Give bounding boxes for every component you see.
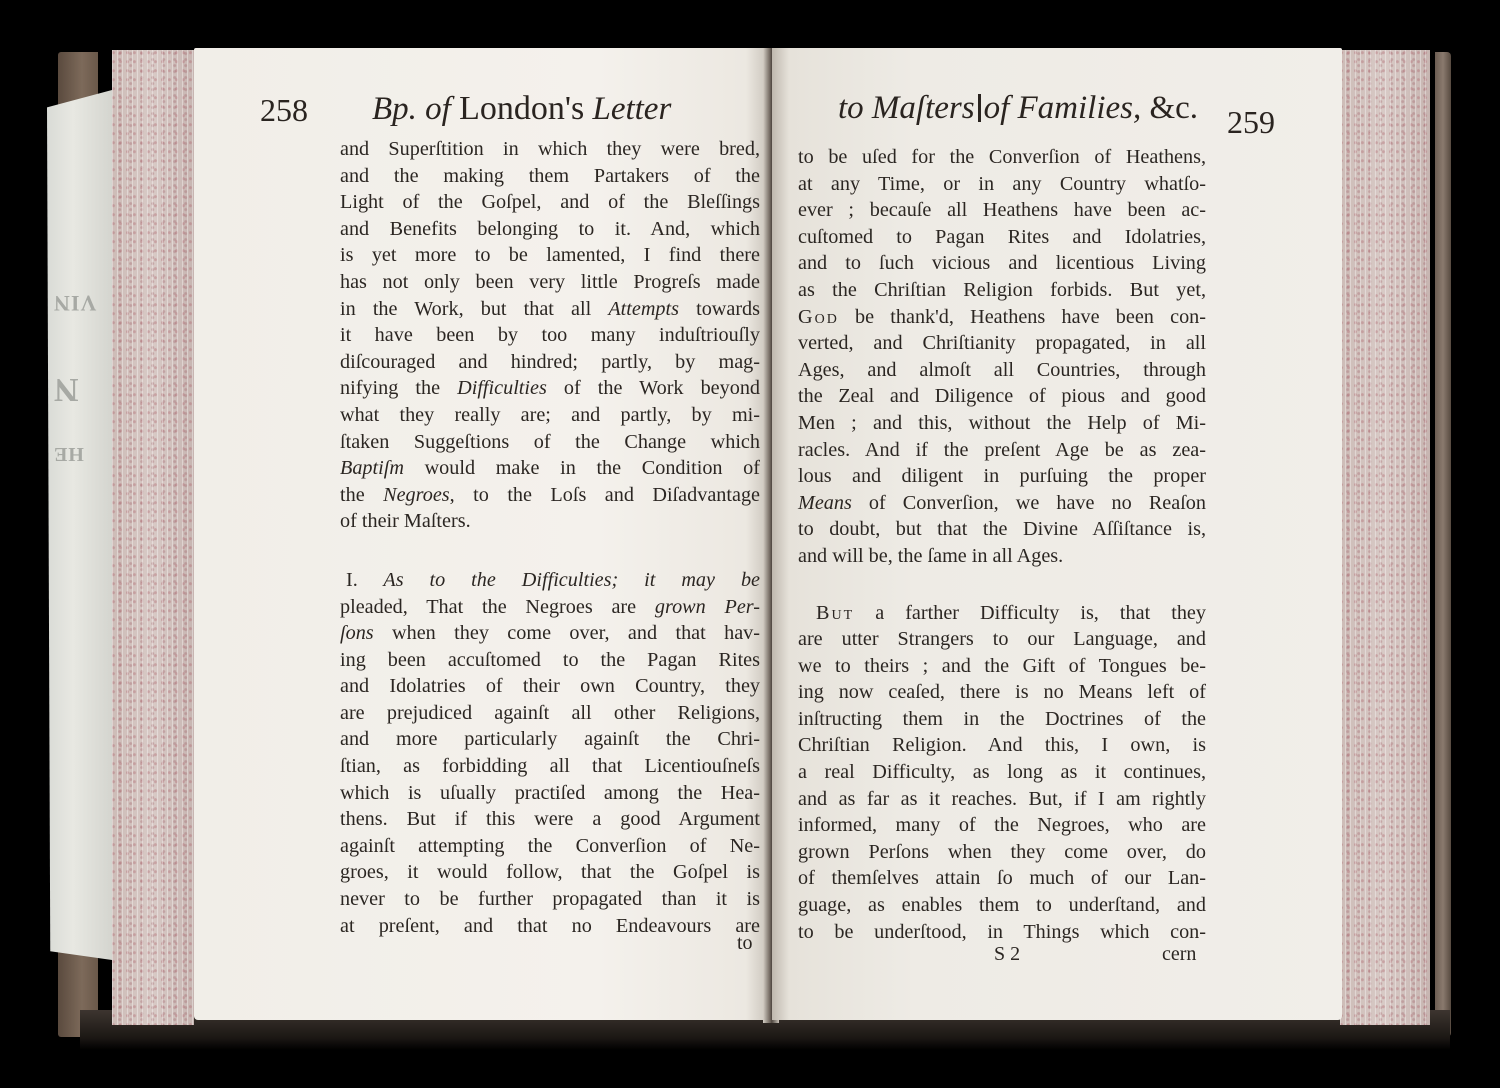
text-run: and more particularly againſt the Chri- xyxy=(340,728,760,750)
text-run: be thank'd, Heathens have been con- xyxy=(839,306,1206,328)
text-run: I. xyxy=(346,569,358,591)
flap-mark: N xyxy=(53,370,79,408)
text-line: at any Time, or in any Country whatſo- xyxy=(798,171,1206,198)
text-line: Ages, and almoſt all Countries, through xyxy=(798,357,1206,384)
text-line: Baptiſm would make in the Condition of xyxy=(340,455,760,482)
emphasis-text: Baptiſm xyxy=(340,457,404,479)
text-run: which is uſually practiſed among the Hea… xyxy=(340,782,760,804)
emphasis-text: ſons xyxy=(340,622,374,644)
text-line: Means of Converſion, we have no Reaſon xyxy=(798,490,1206,517)
text-line: and to ſuch vicious and licentious Livin… xyxy=(798,250,1206,277)
signature-mark: S 2 xyxy=(994,943,1020,966)
text-run: and Superſtition in which they were bred… xyxy=(340,138,760,160)
text-run: to be uſed for the Converſion of Heathen… xyxy=(798,146,1206,168)
text-line: nifying the Difficulties of the Work bey… xyxy=(340,375,760,402)
text-line: diſcouraged and hindred; partly, by mag- xyxy=(340,349,760,376)
paragraph-gap xyxy=(798,570,1206,600)
text-line: God be thank'd, Heathens have been con- xyxy=(798,304,1206,331)
text-run: when they come over, and that hav- xyxy=(374,622,760,644)
text-line: guage, as enables them to underſtand, an… xyxy=(798,892,1206,919)
text-run: Men ; and this, without the Help of Mi- xyxy=(798,412,1206,434)
text-line: and more particularly againſt the Chri- xyxy=(340,726,760,753)
text-line: and as far as it reaches. But, if I am r… xyxy=(798,786,1206,813)
text-run: a farther Difficulty is, that they xyxy=(854,602,1206,624)
text-line: never to be further propagated than it i… xyxy=(340,886,760,913)
text-line: as the Chriſtian Religion forbids. But y… xyxy=(798,277,1206,304)
running-head: to Maſtersof Families, &c. xyxy=(838,90,1198,127)
running-head-part: to Maſters xyxy=(838,90,975,126)
text-line: ing been accuſtomed to the Pagan Rites xyxy=(340,647,760,674)
text-run: lous and diligent in purſuing the proper xyxy=(798,465,1206,487)
text-run: informed, many of the Negroes, who are xyxy=(798,814,1206,836)
left-page: 258 Bp. of London's Letter and Superſtit… xyxy=(194,48,769,1020)
text-line: I. As to the Difficulties; it may be xyxy=(340,567,760,594)
running-head-part: of Families, xyxy=(984,90,1142,126)
text-run: a real Difficulty, as long as it continu… xyxy=(798,761,1206,783)
text-run: never to be further propagated than it i… xyxy=(340,888,760,910)
running-head-part: &c. xyxy=(1149,90,1198,126)
flap-mark: VIN xyxy=(53,290,96,316)
text-run: towards xyxy=(679,298,760,320)
text-line: and Idolatries of their own Country, the… xyxy=(340,673,760,700)
page-edges-right xyxy=(1340,50,1430,1025)
text-line: to be underſtood, in Things which con- xyxy=(798,919,1206,946)
text-line: at preſent, and that no Endeavours are xyxy=(340,913,760,940)
text-line: a real Difficulty, as long as it continu… xyxy=(798,759,1206,786)
text-line: racles. And if the preſent Age be as zea… xyxy=(798,437,1206,464)
text-run: it have been by too many induſtriouſly xyxy=(340,324,760,346)
text-run: inſtructing them in the Doctrines of the xyxy=(798,708,1206,730)
text-run: are prejudiced againſt all other Religio… xyxy=(340,702,760,724)
text-line: the Zeal and Diligence of pious and good xyxy=(798,383,1206,410)
body-text: and Superſtition in which they were bred… xyxy=(340,136,760,939)
flap-mark: HE xyxy=(53,442,84,465)
catchword: cern xyxy=(1162,943,1196,966)
text-run: as the Chriſtian Religion forbids. But y… xyxy=(798,279,1206,301)
text-run: racles. And if the preſent Age be as zea… xyxy=(798,439,1206,461)
text-line: to doubt, but that the Divine Aſſiſtance… xyxy=(798,516,1206,543)
text-run: grown Perſons when they come over, do xyxy=(798,841,1206,863)
text-run: in the Work, but that all xyxy=(340,298,608,320)
text-run: what they really are; and partly, by mi- xyxy=(340,404,760,426)
text-run: of themſelves attain ſo much of our Lan- xyxy=(798,867,1206,889)
text-run: cuſtomed to Pagan Rites and Idolatries, xyxy=(798,226,1206,248)
text-run: ſtaken Suggeſtions of the Change which xyxy=(340,431,760,453)
text-run: , to the Loſs and Diſadvantage xyxy=(450,484,760,506)
text-run: and will be, the ſame in all Ages. xyxy=(798,545,1063,567)
running-head-part: Letter xyxy=(592,91,671,127)
text-line: what they really are; and partly, by mi- xyxy=(340,402,760,429)
text-line: has not only been very little Progreſs m… xyxy=(340,269,760,296)
right-page: to Maſtersof Families, &c. 259 to be uſe… xyxy=(772,48,1342,1020)
catchword: to xyxy=(737,932,753,955)
paragraph-gap xyxy=(340,535,760,567)
text-line: is yet more to be lamented, I find there xyxy=(340,242,760,269)
text-run: at any Time, or in any Country whatſo- xyxy=(798,173,1206,195)
text-run: and to ſuch vicious and licentious Livin… xyxy=(798,252,1206,274)
text-line: thens. But if this were a good Argument xyxy=(340,806,760,833)
text-run: is yet more to be lamented, I find there xyxy=(340,244,760,266)
text-line: verted, and Chriſtianity propagated, in … xyxy=(798,330,1206,357)
emphasis-text: Means xyxy=(798,492,852,514)
emphasis-text: As to the Difficulties; it may be xyxy=(358,569,760,591)
text-run: diſcouraged and hindred; partly, by mag- xyxy=(340,351,760,373)
text-run: and as far as it reaches. But, if I am r… xyxy=(798,788,1206,810)
text-line: of themſelves attain ſo much of our Lan- xyxy=(798,865,1206,892)
text-run: guage, as enables them to underſtand, an… xyxy=(798,894,1206,916)
text-run: of the Work beyond xyxy=(547,377,760,399)
text-run: we to theirs ; and the Gift of Tongues b… xyxy=(798,655,1206,677)
text-run: ing been accuſtomed to the Pagan Rites xyxy=(340,649,760,671)
text-line: Light of the Goſpel, and of the Bleſſing… xyxy=(340,189,760,216)
text-run: would make in the Condition of xyxy=(404,457,760,479)
text-line: ſtian, as forbidding all that Licentiouſ… xyxy=(340,753,760,780)
text-run: are utter Strangers to our Language, and xyxy=(798,628,1206,650)
text-run: to be underſtood, in Things which con- xyxy=(798,921,1206,943)
text-line: of their Maſters. xyxy=(340,508,760,535)
text-run: Light of the Goſpel, and of the Bleſſing… xyxy=(340,191,760,213)
page-number: 259 xyxy=(1227,104,1275,141)
text-run: pleaded, That the Negroes are xyxy=(340,596,655,618)
text-line: Chriſtian Religion. And this, I own, is xyxy=(798,732,1206,759)
text-line: lous and diligent in purſuing the proper xyxy=(798,463,1206,490)
running-head-part: London's xyxy=(459,90,584,127)
text-line: But a farther Difficulty is, that they xyxy=(798,600,1206,627)
text-run: the xyxy=(340,484,383,506)
text-line: the Negroes, to the Loſs and Diſadvantag… xyxy=(340,482,760,509)
text-run: and Idolatries of their own Country, the… xyxy=(340,675,760,697)
emphasis-text: Difficulties xyxy=(457,377,547,399)
text-line: ſons when they come over, and that hav- xyxy=(340,620,760,647)
text-line: which is uſually practiſed among the Hea… xyxy=(340,780,760,807)
text-line: and Benefits belonging to it. And, which xyxy=(340,216,760,243)
text-line: inſtructing them in the Doctrines of the xyxy=(798,706,1206,733)
text-line: ever ; becauſe all Heathens have been ac… xyxy=(798,197,1206,224)
folded-paper-flap: VIN N HE xyxy=(47,90,112,960)
text-run: ever ; becauſe all Heathens have been ac… xyxy=(798,199,1206,221)
emphasis-text: But xyxy=(816,602,854,624)
text-run: Chriſtian Religion. And this, I own, is xyxy=(798,734,1206,756)
emphasis-text: God xyxy=(798,306,839,328)
text-line: Men ; and this, without the Help of Mi- xyxy=(798,410,1206,437)
text-run: has not only been very little Progreſs m… xyxy=(340,271,760,293)
text-line: informed, many of the Negroes, who are xyxy=(798,812,1206,839)
text-run: at preſent, and that no Endeavours are xyxy=(340,915,760,937)
text-run: ing now ceaſed, there is no Means left o… xyxy=(798,681,1206,703)
text-run: and Benefits belonging to it. And, which xyxy=(340,218,760,240)
emphasis-text: Attempts xyxy=(608,298,679,320)
text-run: nifying the xyxy=(340,377,457,399)
text-run: groes, it would follow, that the Goſpel … xyxy=(340,861,760,883)
text-line: we to theirs ; and the Gift of Tongues b… xyxy=(798,653,1206,680)
page-edges-left xyxy=(112,50,194,1025)
text-line: ing now ceaſed, there is no Means left o… xyxy=(798,679,1206,706)
text-run: againſt attempting the Converſion of Ne- xyxy=(340,835,760,857)
text-line: cuſtomed to Pagan Rites and Idolatries, xyxy=(798,224,1206,251)
text-line: in the Work, but that all Attempts towar… xyxy=(340,296,760,323)
text-run: of their Maſters. xyxy=(340,510,471,532)
text-run: Ages, and almoſt all Countries, through xyxy=(798,359,1206,381)
text-line: and Superſtition in which they were bred… xyxy=(340,136,760,163)
text-line: pleaded, That the Negroes are grown Per- xyxy=(340,594,760,621)
text-line: groes, it would follow, that the Goſpel … xyxy=(340,859,760,886)
text-line: are prejudiced againſt all other Religio… xyxy=(340,700,760,727)
text-run: to doubt, but that the Divine Aſſiſtance… xyxy=(798,518,1206,540)
text-line: it have been by too many induſtriouſly xyxy=(340,322,760,349)
book-cover-right xyxy=(1435,52,1451,1037)
text-line: againſt attempting the Converſion of Ne- xyxy=(340,833,760,860)
emphasis-text: Negroes xyxy=(383,484,450,506)
text-line: ſtaken Suggeſtions of the Change which xyxy=(340,429,760,456)
emphasis-text: grown Per- xyxy=(655,596,760,618)
text-line: to be uſed for the Converſion of Heathen… xyxy=(798,144,1206,171)
text-run: thens. But if this were a good Argument xyxy=(340,808,760,830)
text-line: and the making them Partakers of the xyxy=(340,163,760,190)
printer-mark xyxy=(978,94,981,122)
running-head: Bp. of London's Letter xyxy=(372,90,671,128)
text-line: are utter Strangers to our Language, and xyxy=(798,626,1206,653)
text-run: and the making them Partakers of the xyxy=(340,165,760,187)
body-text: to be uſed for the Converſion of Heathen… xyxy=(798,144,1206,945)
text-run: the Zeal and Diligence of pious and good xyxy=(798,385,1206,407)
text-run: verted, and Chriſtianity propagated, in … xyxy=(798,332,1206,354)
page-number: 258 xyxy=(260,92,308,129)
running-head-part: Bp. of xyxy=(372,91,451,127)
text-run: of Converſion, we have no Reaſon xyxy=(852,492,1206,514)
text-run: ſtian, as forbidding all that Licentiouſ… xyxy=(340,755,760,777)
text-line: grown Perſons when they come over, do xyxy=(798,839,1206,866)
text-line: and will be, the ſame in all Ages. xyxy=(798,543,1206,570)
